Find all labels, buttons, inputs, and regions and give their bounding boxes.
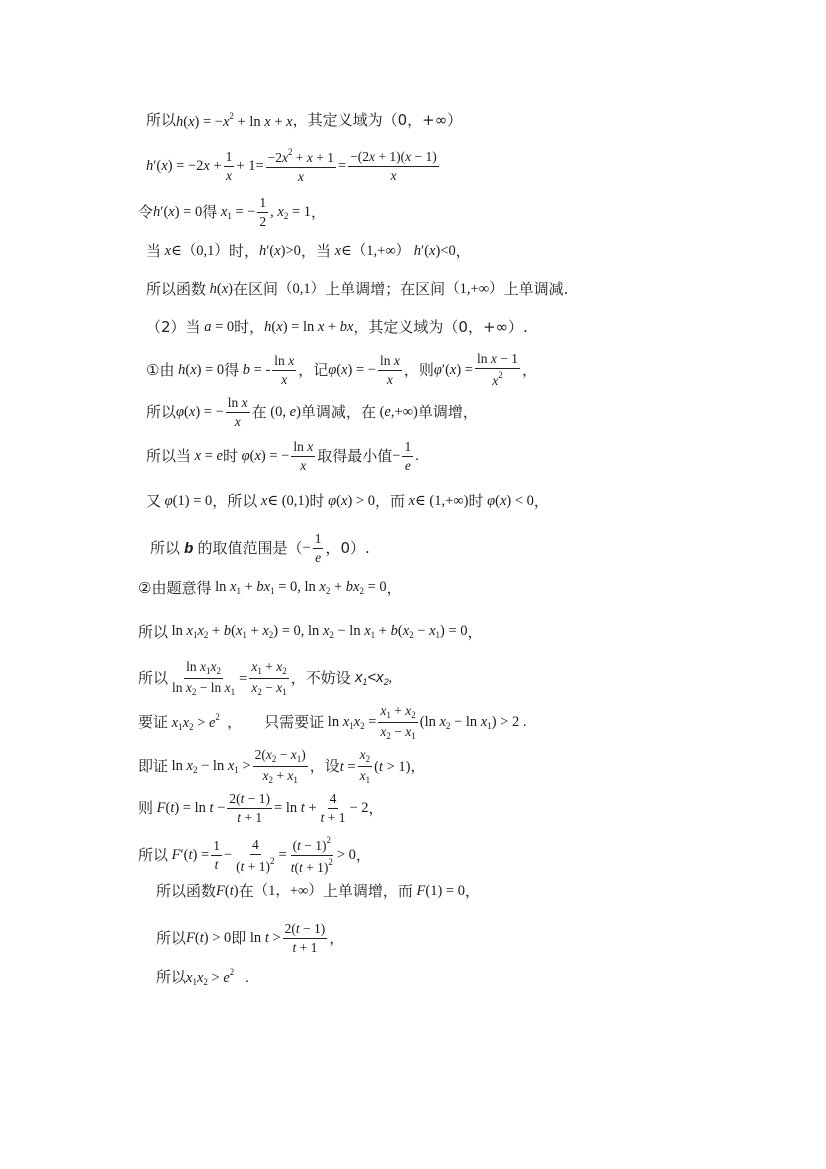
- line-phi-sign: 又 φ(1) = 0 ， 所以 x∈ (0,1) 时 φ(x) > 0 ，而 x…: [146, 494, 549, 509]
- fraction: x1 + x2x2 − x1: [249, 660, 288, 698]
- fraction: ln xx: [378, 354, 402, 387]
- line-goal: 要证 x1x2 > e2 ， 只需要证 ln x1x2 = x1 + x2x2 …: [138, 704, 526, 742]
- fraction: 2(x2 − x1)x2 + x1: [253, 748, 308, 786]
- fraction: 4(t + 1)2: [234, 838, 276, 874]
- fraction: 1e: [313, 532, 324, 565]
- line-h-definition: 所以 h(x) = −x2 + ln x + x ，其定义域为（0，+∞）: [146, 112, 462, 130]
- fraction: 1x: [224, 150, 235, 183]
- fraction: 2(t − 1)t + 1: [283, 922, 328, 955]
- line-phi-monotonic: 所以 φ(x) = − ln xx 在 (0, e) 单调减， 在 (e,+∞)…: [146, 396, 478, 429]
- fraction: ln x − 1x2: [475, 352, 520, 388]
- line-sign-analysis: 当 x∈ （0,1） 时 ， h′(x)>0 ， 当 x∈ （1,+∞） h′(…: [146, 244, 471, 259]
- fraction: 4t + 1: [319, 792, 348, 825]
- line-F-derivative: 所以 F′(t) = 1t − 4(t + 1)2 = (t − 1)2t(t …: [138, 836, 371, 875]
- line-phi-definition: ① 由 h(x) = 0 得 b = - ln xx ，记 φ(x) = − l…: [146, 352, 537, 388]
- fraction: ln xx: [291, 440, 315, 473]
- part-label: （2）: [146, 320, 186, 335]
- fraction: x2x1: [358, 748, 373, 786]
- step-label: ①: [146, 363, 159, 378]
- fraction: (t − 1)2t(t + 1)2: [289, 836, 335, 875]
- fraction: ln x1x2ln x2 − ln x1: [170, 660, 237, 698]
- formula-h: h(x) = −x2 + ln x + x: [176, 112, 293, 130]
- step-label: ②: [138, 581, 151, 596]
- line-F-monotonic: 所以函数 F(t) 在 （1，+∞） 上单调增， 而 F(1) = 0 ，: [156, 884, 480, 899]
- line-part2-header: （2） 当 a = 0 时 ， h(x) = ln x + bx ，其定义域为（…: [146, 320, 528, 335]
- fraction: −(2x + 1)(x − 1)x: [348, 150, 439, 183]
- line-phi-minimum: 所以当 x = e 时 φ(x) = − ln xx 取得最小值 − 1e .: [146, 440, 419, 473]
- line-sum-diff: 所以 ln x1x2 + b(x1 + x2) = 0, ln x2 − ln …: [138, 624, 483, 640]
- line-conclusion: 所以 x1x2 > e2 .: [156, 968, 249, 987]
- line-ratio: 所以 ln x1x2ln x2 − ln x1 = x1 + x2x2 − x1…: [138, 660, 393, 698]
- line-F-positive: 所以 F(t) > 0 即 ln t > 2(t − 1)t + 1 ，: [156, 922, 344, 955]
- fraction: ln xx: [226, 396, 250, 429]
- line-F-definition: 则 F(t) = ln t − 2(t − 1)t + 1 = ln t + 4…: [138, 792, 384, 825]
- fraction: −2x2 + x + 1x: [266, 148, 336, 184]
- fraction: 1t: [211, 839, 222, 872]
- line-critical-points: 令 h′(x) = 0 得 x1 = − 12 , x2 = 1 ，: [138, 196, 326, 229]
- fraction: 2(t − 1)t + 1: [227, 792, 272, 825]
- line-substitution: 即证 ln x2 − ln x1 > 2(x2 − x1)x2 + x1 ，设 …: [138, 748, 425, 786]
- line-monotonicity: 所以函数 h(x) 在区间 （0,1） 上单调增； 在区间 （1,+∞） 上单调…: [146, 282, 568, 297]
- line-h-derivative: h′(x) = −2x + 1x + 1= −2x2 + x + 1x = −(…: [146, 148, 441, 184]
- fraction: ln xx: [272, 354, 296, 387]
- fraction: 12: [257, 196, 268, 229]
- fraction: 1e: [402, 440, 413, 473]
- line-step2-setup: ② 由题意得 ln x1 + bx1 = 0, ln x2 + bx2 = 0 …: [138, 580, 402, 596]
- fraction: x1 + x2x2 − x1: [378, 704, 417, 742]
- line-b-range: 所以 b 的取值范围是（ − 1e ，0）.: [150, 532, 370, 565]
